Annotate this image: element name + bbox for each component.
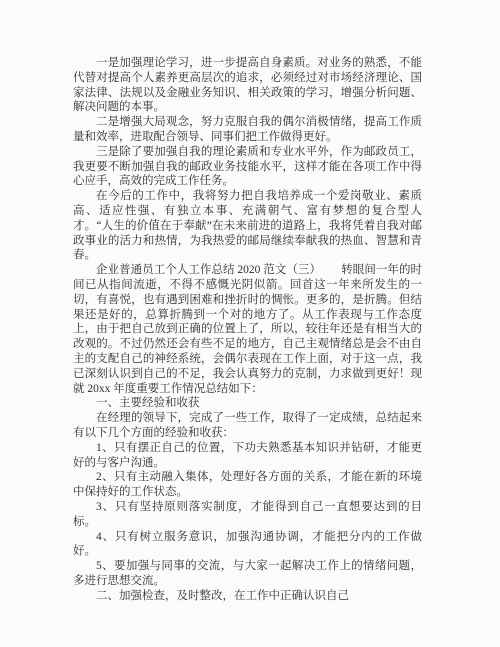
numbered-item: 5、要加强与同事的交流，与大家一起解决工作上的情绪问题，多进行思想交流。: [73, 559, 422, 589]
section-heading: 二、加强检查，及时整改，在工作中正确认识自己: [73, 589, 422, 604]
paragraph: 一是加强理论学习，进一步提高自身素质。对业务的熟悉，不能代替对提高个人素养更高层…: [73, 56, 422, 115]
numbered-item: 1、只有摆正自己的位置，下功夫熟悉基本知识并钻研，才能更好的与客户沟通。: [73, 441, 422, 471]
numbered-item: 3、只有坚持原则落实制度，才能得到自己一直想要达到的目标。: [73, 500, 422, 530]
paragraph: 三是除了要加强自我的理论素质和专业水平外，作为邮政员工，我更要不断加强自我的邮政…: [73, 145, 422, 189]
numbered-item: 4、只有树立服务意识，加强沟通协调，才能把分内的工作做好。: [73, 530, 422, 560]
document-page: 一是加强理论学习，进一步提高自身素质。对业务的熟悉，不能代替对提高个人素养更高层…: [73, 56, 422, 603]
section-heading: 一、主要经验和收获: [73, 396, 422, 411]
paragraph: 在今后的工作中，我将努力把自我培养成一个爱岗敬业、素质高、适应性强、有独立本事、…: [73, 189, 422, 263]
paragraph: 在经理的领导下，完成了一些工作，取得了一定成绩，总结起来有以下几个方面的经验和收…: [73, 411, 422, 441]
paragraph-with-inline-title: 企业普通员工个人工作总结 2020 范文（三） 转眼间一年的时间已从指间流逝，不…: [73, 263, 422, 396]
numbered-item: 2、只有主动融入集体，处理好各方面的关系，才能在新的环境中保持好的工作状态。: [73, 470, 422, 500]
paragraph: 二是增强大局观念，努力克服自我的偶尔消极情绪，提高工作质量和效率，进取配合领导、…: [73, 115, 422, 145]
